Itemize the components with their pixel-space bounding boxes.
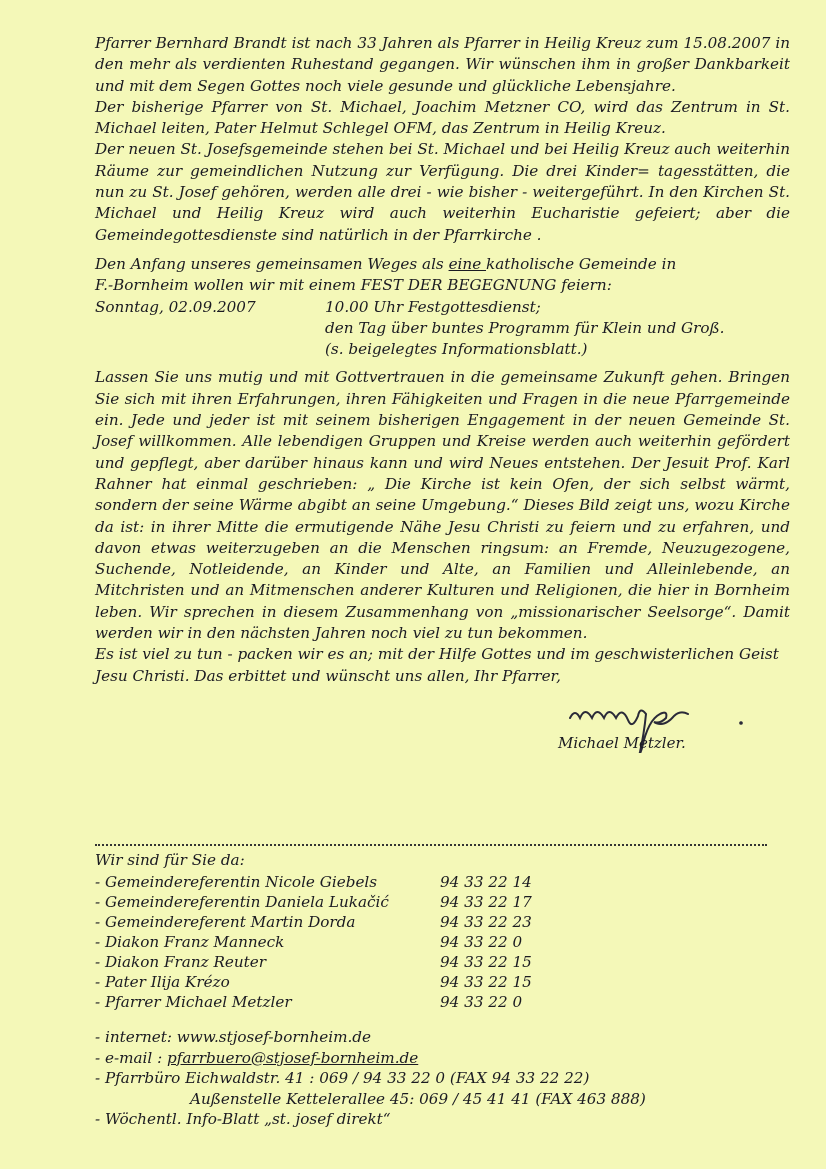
- fest-program-1: 10.00 Uhr Festgottesdienst;: [325, 297, 541, 318]
- contact-row: - Gemeindereferentin Nicole Giebels94 33…: [95, 872, 785, 892]
- fest-program-2: den Tag über buntes Programm für Klein u…: [95, 318, 790, 339]
- fest-line-1: Den Anfang unseres gemeinsamen Weges als…: [95, 254, 790, 275]
- contact-links: - internet: www.stjosef-bornheim.de - e-…: [95, 1027, 785, 1130]
- festival-announcement: Den Anfang unseres gemeinsamen Weges als…: [95, 254, 790, 360]
- fest-line-2: F.-Bornheim wollen wir mit einem FEST DE…: [95, 275, 790, 296]
- main-section: Lassen Sie uns mutig und mit Gottvertrau…: [95, 367, 790, 686]
- phone-number: 94 33 22 14: [440, 872, 590, 892]
- contact-list: Wir sind für Sie da: - Gemeindereferenti…: [95, 850, 785, 1012]
- signer-name: Michael Metzler.: [558, 733, 686, 754]
- contact-row: - Diakon Franz Manneck94 33 22 0: [95, 932, 785, 952]
- contact-row: - Gemeindereferent Martin Dorda94 33 22 …: [95, 912, 785, 932]
- contact-row: - Pfarrer Michael Metzler94 33 22 0: [95, 992, 785, 1012]
- letter-body: Pfarrer Bernhard Brandt ist nach 33 Jahr…: [95, 33, 790, 765]
- fest-program-3: (s. beigelegtes Informationsblatt.): [95, 339, 790, 360]
- paragraph-facilities: Der neuen St. Josefsgemeinde stehen bei …: [95, 139, 790, 245]
- fest-date-row: Sonntag, 02.09.2007 10.00 Uhr Festgottes…: [95, 297, 790, 318]
- phone-number: 94 33 22 15: [440, 972, 590, 992]
- phone-number: 94 33 22 23: [440, 912, 590, 932]
- contact-heading: Wir sind für Sie da:: [95, 850, 785, 870]
- email-link[interactable]: pfarrbuero@stjosef-bornheim.de: [167, 1049, 418, 1067]
- phone-number: 94 33 22 0: [440, 992, 590, 1012]
- contact-row: - Pater Ilija Krézo94 33 22 15: [95, 972, 785, 992]
- website-link[interactable]: www.stjosef-bornheim.de: [177, 1028, 371, 1046]
- signature-block: Michael Metzler.: [95, 687, 790, 765]
- contact-row: - Diakon Franz Reuter94 33 22 15: [95, 952, 785, 972]
- emphasis-eine: eine: [449, 255, 486, 273]
- paragraph-future: Lassen Sie uns mutig und mit Gottvertrau…: [95, 367, 790, 644]
- phone-number: 94 33 22 15: [440, 952, 590, 972]
- section-divider: [95, 844, 767, 846]
- contact-row: - Gemeindereferentin Daniela Lukačić94 3…: [95, 892, 785, 912]
- phone-number: 94 33 22 0: [440, 932, 590, 952]
- branch-office-line: Außenstelle Ketteler­allee 45: 069 / 45 …: [95, 1089, 785, 1110]
- paragraph-farewell: Pfarrer Bernhard Brandt ist nach 33 Jahr…: [95, 33, 790, 97]
- phone-number: 94 33 22 17: [440, 892, 590, 912]
- paragraph-leadership: Der bisherige Pfarrer von St. Michael, J…: [95, 97, 790, 140]
- paragraph-closing: Es ist viel zu tun - packen wir es an; m…: [95, 644, 790, 687]
- intro-section: Pfarrer Bernhard Brandt ist nach 33 Jahr…: [95, 33, 790, 246]
- weekly-newsletter-line: - Wöchentl. Info-Blatt „st. josef direkt…: [95, 1109, 785, 1130]
- fest-date: Sonntag, 02.09.2007: [95, 297, 325, 318]
- internet-line: - internet: www.stjosef-bornheim.de: [95, 1027, 785, 1048]
- email-line: - e-mail : pfarrbuero@stjosef-bornheim.d…: [95, 1048, 785, 1069]
- office-line: - Pfarrbüro Eichwaldstr. 41 : 069 / 94 3…: [95, 1068, 785, 1089]
